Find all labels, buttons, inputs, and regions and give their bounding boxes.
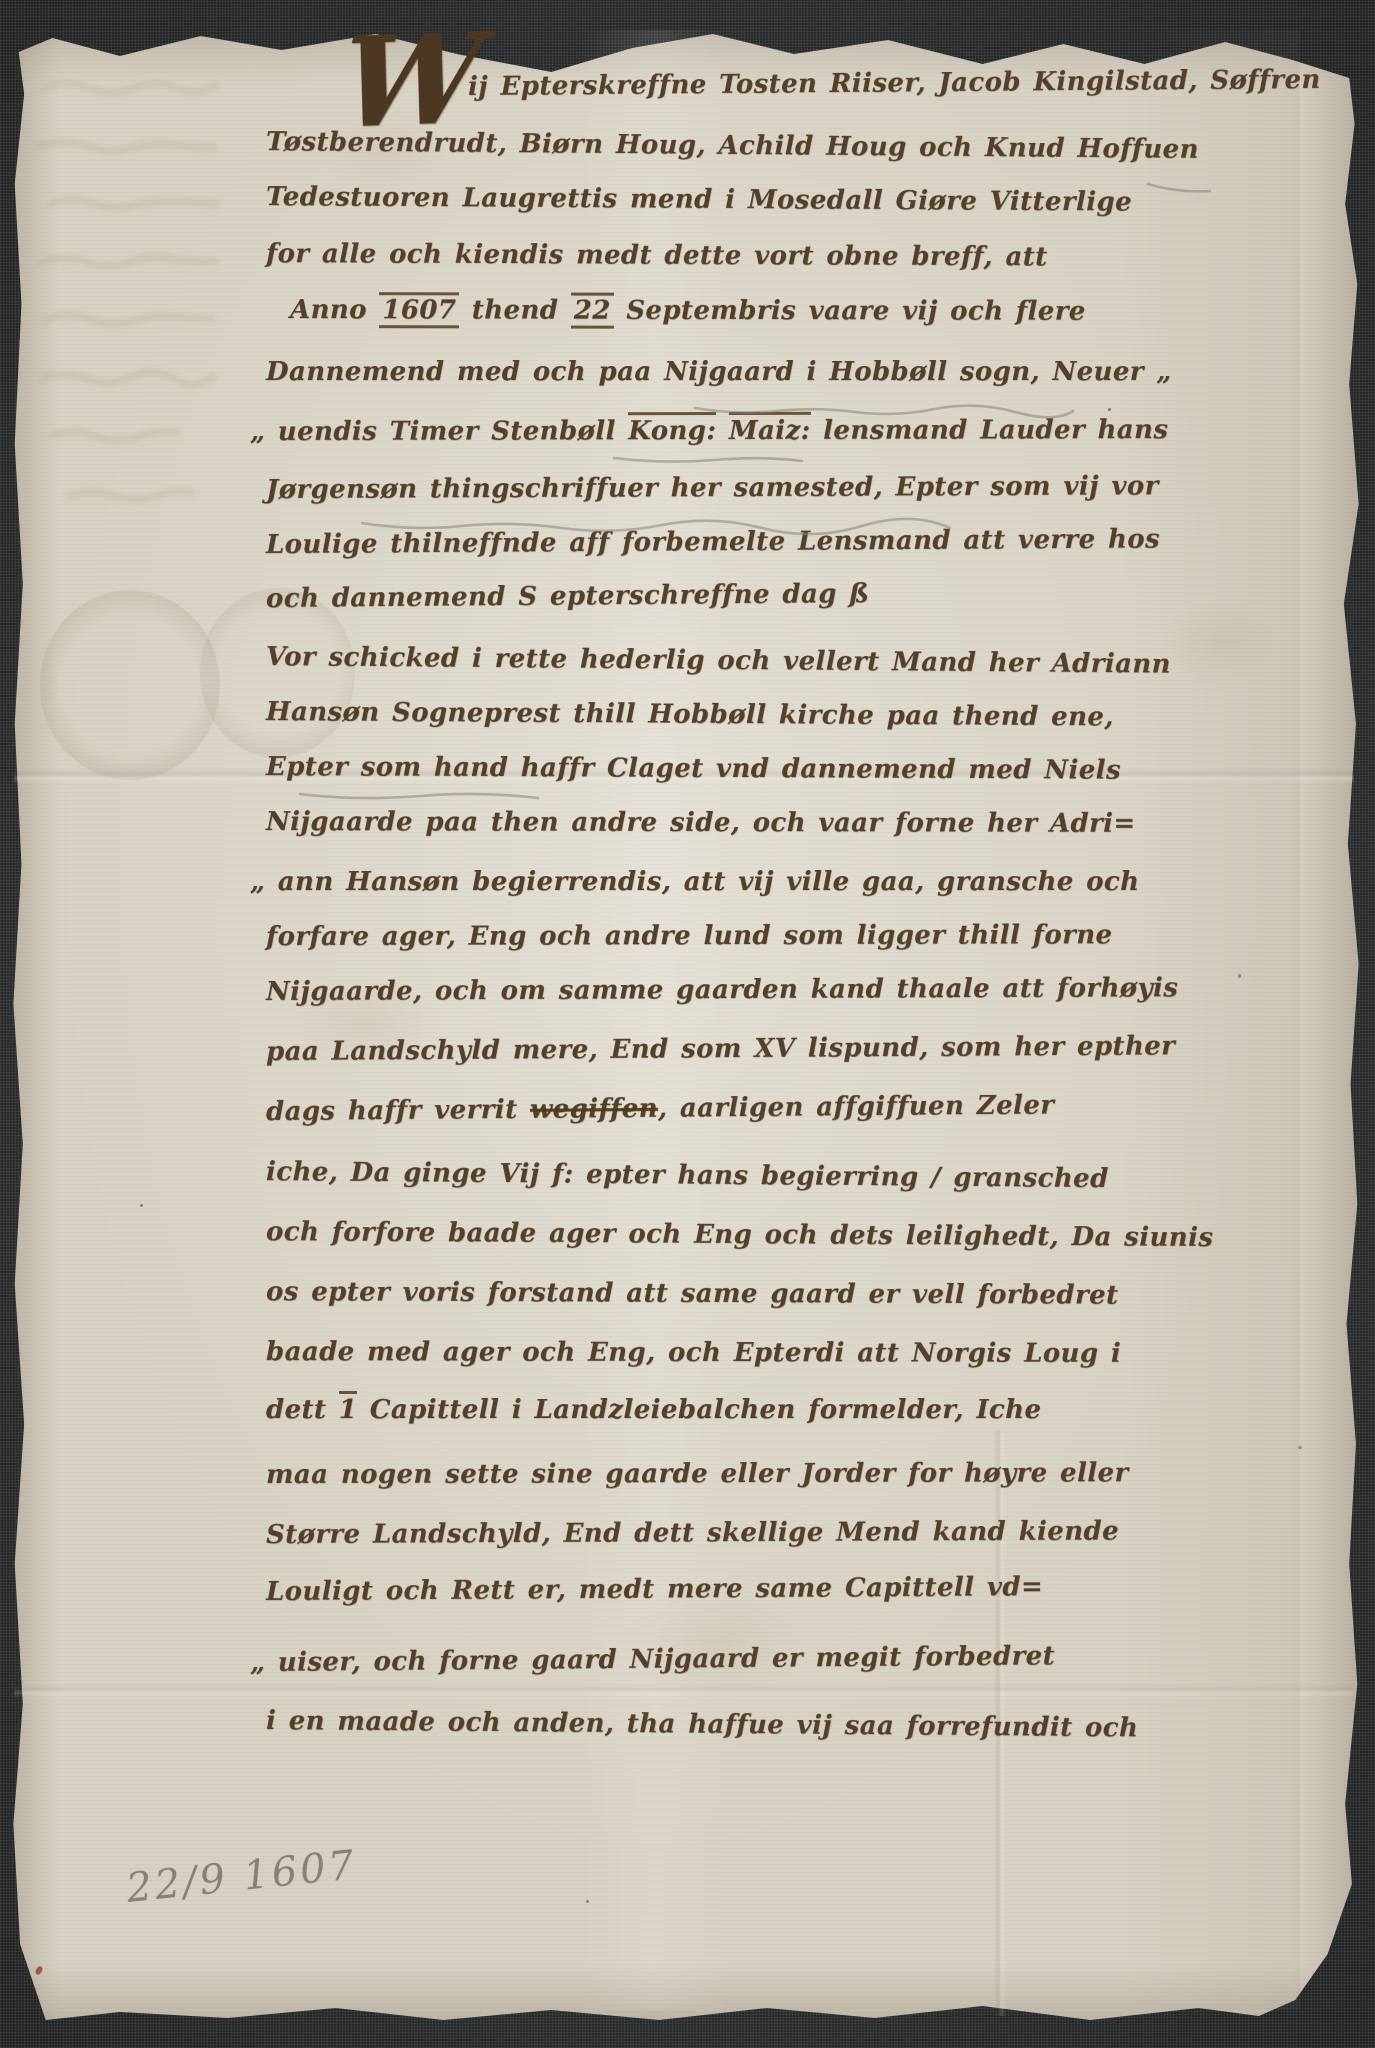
manuscript-line: Hansøn Sogneprest thill Hobbøll kirche p… [266,694,1114,735]
ink-text: i en maade och anden, tha haffue vij saa… [266,1706,1139,1743]
ink-text: Septembris vaare vij och flere [614,296,1086,327]
manuscript-line: „ uendis Timer Stenbøll Kong: Maiz: lens… [250,412,1168,450]
ink-text: dett [266,1395,339,1425]
ink-text: baade med ager och Eng, och Epterdi att … [266,1337,1121,1369]
manuscript-line: baade med ager och Eng, och Epterdi att … [266,1334,1121,1372]
ink-text: „ uiser, och forne gaard Nijgaard er meg… [250,1641,1055,1678]
manuscript-line: i en maade och anden, tha haffue vij saa… [266,1703,1139,1746]
ink-speck [966,52,970,56]
manuscript-line: Louligt och Rett er, medt mere same Capi… [266,1569,1043,1610]
manuscript-line: „ ann Hansøn begierrendis, att vij ville… [250,864,1139,900]
manuscript-line: Tedestuoren Laugrettis mend i Mosedall G… [266,179,1132,220]
manuscript-line: Jørgensøn thingschriffuer her samested, … [266,468,1159,508]
ink-text: Loulige thilneffnde aff forbemelte Lensm… [266,524,1160,560]
ink-text: Større Landschyld, End dett skellige Men… [266,1516,1119,1550]
ink-text: Jørgensøn thingschriffuer her samested, … [266,471,1159,505]
ink-text: , aarligen affgiffuen Zeler [658,1090,1055,1123]
manuscript-line: Epter som hand haffr Claget vnd dannemen… [266,749,1121,789]
ink-text: lensmand Lauder hans [811,415,1169,446]
manuscript-line: Loulige thilneffnde aff forbemelte Lensm… [266,521,1160,563]
manuscript-line: Nijgaarde paa then andre side, och vaar … [266,804,1136,842]
manuscript-line: och dannemend S epterschreffne dag ß [266,576,870,617]
ink-text [716,416,729,446]
manuscript-line: os epter voris forstand att same gaard e… [266,1274,1119,1314]
manuscript-line: ij Epterskreffne Tosten Riiser, Jacob Ki… [468,62,1321,105]
manuscript-line: „ uiser, och forne gaard Nijgaard er meg… [250,1638,1055,1681]
manuscript-line: maa nogen sette sine gaarde eller Jorder… [266,1455,1129,1493]
struck-word: wegiffen [530,1094,658,1125]
ink-text: ij Epterskreffne Tosten Riiser, Jacob Ki… [468,65,1321,102]
ink-text: Nijgaarde, och om samme gaarden kand tha… [266,973,1178,1007]
ink-text: och dannemend S epterschreffne dag ß [266,579,870,614]
manuscript-line: dett 1 Capittell i Landzleiebalchen form… [266,1392,1041,1428]
manuscript-line: iche, Da ginge Vij f: epter hans begierr… [266,1154,1109,1197]
ink-text: Capittell i Landzleiebalchen formelder, … [357,1395,1041,1425]
ink-text: iche, Da ginge Vij f: epter hans begierr… [266,1157,1109,1194]
ink-text: thend [459,295,571,325]
ink-text: Tedestuoren Laugrettis mend i Mosedall G… [266,182,1132,217]
ink-text: Dannemend med och paa Nijgaard i Hobbøll… [266,357,1172,387]
ink-text: paa Landschyld mere, End som XV lispund,… [266,1031,1175,1067]
ink-text: dags haffr verrit [266,1095,530,1127]
ink-text: Hansøn Sogneprest thill Hobbøll kirche p… [266,697,1114,732]
ink-marked-text: 22 [571,293,614,329]
ink-text: Vor schicked i rette hederlig och veller… [266,642,1171,680]
ink-text: Nijgaarde paa then andre side, och vaar … [266,807,1136,839]
photo-background: { "document": { "kind_label": "Handwritt… [0,0,1375,2048]
manuscript-line: dags haffr verrit wegiffen, aarligen aff… [266,1087,1055,1130]
manuscript-line: Vor schicked i rette hederlig och veller… [266,639,1171,683]
ink-text: Anno [290,295,379,325]
manuscript-line: och forfore baade ager och Eng och dets … [266,1214,1214,1256]
ink-text: for alle och kiendis medt dette vort obn… [266,239,1048,272]
ink-marked-text: 1 [339,1391,358,1425]
ink-text: Epter som hand haffr Claget vnd dannemen… [266,752,1121,786]
manuscript-line: Nijgaarde, och om samme gaarden kand tha… [266,970,1178,1010]
ink-marked-text: Kong: [628,412,716,446]
ink-text: Tøstberendrudt, Biørn Houg, Achild Houg … [266,127,1199,165]
manuscript-line: Dannemend med och paa Nijgaard i Hobbøll… [266,354,1172,390]
ink-text: „ uendis Timer Stenbøll [250,416,628,447]
ink-marked-text: Maiz: [729,412,811,446]
manuscript-line: for alle och kiendis medt dette vort obn… [266,236,1048,275]
ink-text: och forfore baade ager och Eng och dets … [266,1217,1214,1253]
ink-text: „ ann Hansøn begierrendis, att vij ville… [250,867,1139,897]
manuscript-line: paa Landschyld mere, End som XV lispund,… [266,1028,1176,1070]
ink-text: Louligt och Rett er, medt mere same Capi… [266,1572,1043,1607]
ink-text: forfare ager, Eng och andre lund som lig… [266,920,1113,952]
ink-marked-text: 1607 [379,292,459,328]
ink-text: os epter voris forstand att same gaard e… [266,1277,1119,1311]
ink-text: maa nogen sette sine gaarde eller Jorder… [266,1458,1129,1490]
manuscript-line: Anno 1607 thend 22 Septembris vaare vij … [290,292,1086,330]
manuscript-line: Større Landschyld, End dett skellige Men… [266,1513,1119,1553]
manuscript-line: forfare ager, Eng och andre lund som lig… [266,917,1113,955]
